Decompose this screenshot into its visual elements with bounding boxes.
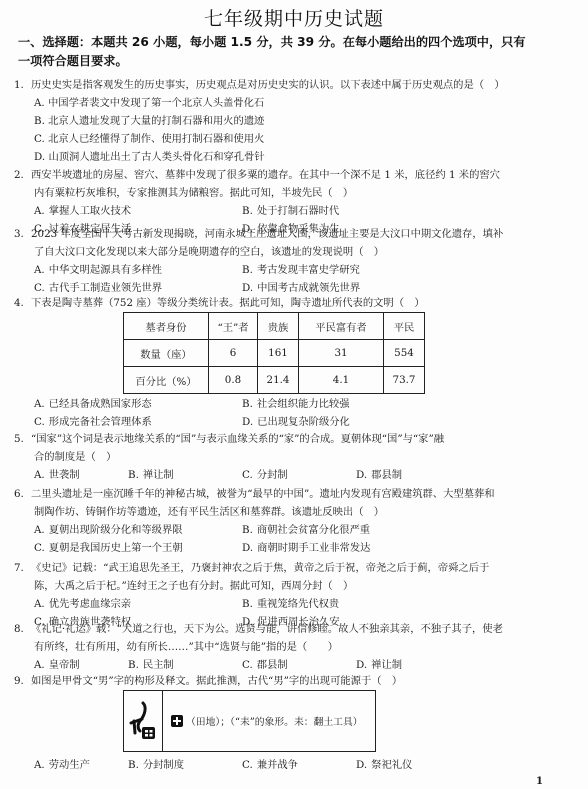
option-b: B.商朝社会贫富分化很严重 bbox=[242, 521, 370, 539]
options-row: A.掌握人工取火技术 B.处于打制石器时代 bbox=[14, 202, 574, 220]
table-header-cell: 贵族 bbox=[258, 313, 299, 340]
question-stem: 7.《史记》记载：“武王追思先圣王，乃褒封神农之后于焦，黄帝之后于祝，帝尧之后于… bbox=[14, 559, 574, 577]
table-cell: 73.7 bbox=[384, 367, 425, 394]
option-b: B.社会组织能力比较强 bbox=[242, 395, 350, 413]
option-a: A. 中国学者裴文中发现了第一个北京人头盖骨化石 bbox=[14, 94, 574, 112]
question-stem: 9.如图是甲骨文“男”字的构形及释文。据此推测，古代“男”字的出现可能源于（ ） bbox=[14, 672, 574, 690]
question-stem: 4.下表是陶寺墓葬（752 座）等级分类统计表。据此可知，陶寺遗址所代表的文明（… bbox=[14, 294, 574, 312]
question-4-options: A.已经具备成熟国家形态 B.社会组织能力比较强 C.形成完备社会管理体系 D.… bbox=[14, 395, 574, 431]
exam-title: 七年级期中历史试题 bbox=[0, 4, 588, 31]
table-cell: 0.8 bbox=[209, 367, 258, 394]
option-b: B.考古发现丰富史学研究 bbox=[242, 261, 360, 279]
option-d: D.已出现复杂阶级分化 bbox=[242, 413, 350, 431]
option-a: A.优先考虑血缘宗亲 bbox=[34, 595, 131, 613]
question-stem: 3.2023 年度全国十大考古新发现揭晓，河南永城王庄遗址入围，该遗址主要是大汶… bbox=[14, 225, 574, 243]
options-row: A.劳动生产 B.分封制度 C.兼并战争 D.祭祀礼仪 bbox=[14, 756, 574, 774]
question-stem-cont: 制陶作坊、铸铜作坊等遗迹，还有平民生活区和墓葬群。该遗址反映出（ ） bbox=[14, 503, 574, 521]
option-c: C. 北京人已经懂得了制作、使用打制石器和使用火 bbox=[14, 130, 574, 148]
question-stem: 5.“国家”这个词是表示地缘关系的“国”与表示血缘关系的“家”的合成。夏朝体现“… bbox=[14, 430, 574, 448]
options-row: A.世袭制 B.禅让制 C.分封制 D.郡县制 bbox=[14, 466, 574, 484]
options-row: A.优先考虑血缘宗亲 B.重视笼络先代权贵 bbox=[14, 595, 574, 613]
table-cell: 百分比（%） bbox=[124, 367, 209, 394]
oracle-bone-nan-icon bbox=[124, 691, 163, 751]
option-b: B. 北京人遗址发现了大量的打制石器和用火的遗迹 bbox=[14, 112, 574, 130]
question-stem: 1.历史史实是指客观发生的历史事实，历史观点是对历史史实的认识。以下表述中属于历… bbox=[14, 76, 574, 94]
table-cell: 161 bbox=[258, 340, 299, 367]
table-header-cell: “王”者 bbox=[209, 313, 258, 340]
question-stem-cont: 合的制度是（ ） bbox=[14, 448, 574, 466]
question-stem-cont: 有所终，壮有所用，幼有所长……”其中“选贤与能”指的是（ ） bbox=[14, 638, 574, 656]
question-stem-cont: 内有粟粒朽灰堆积，专家推测其为储粮窖。据此可知，半坡先民（ ） bbox=[14, 184, 574, 202]
table-cell: 21.4 bbox=[258, 367, 299, 394]
grave-statistics-table: 墓者身份 “王”者 贵族 平民富有者 平民 数量（座） 6 161 31 554… bbox=[123, 312, 425, 394]
options-row: C.夏朝是我国历史上第一个王朝 D.商朝时期手工业非常发达 bbox=[14, 539, 574, 557]
options-row: A.已经具备成熟国家形态 B.社会组织能力比较强 bbox=[14, 395, 574, 413]
option-c: C.夏朝是我国历史上第一个王朝 bbox=[34, 539, 183, 557]
table-cell: 4.1 bbox=[299, 367, 384, 394]
section-heading: 一、选择题：本题共 26 小题，每小题 1.5 分，共 39 分。在每小题给出的… bbox=[18, 33, 578, 71]
table-row: 数量（座） 6 161 31 554 bbox=[124, 340, 425, 367]
option-c: C.形成完备社会管理体系 bbox=[34, 413, 152, 431]
table-header-cell: 墓者身份 bbox=[124, 313, 209, 340]
table-cell: 数量（座） bbox=[124, 340, 209, 367]
option-c: C.分封制 bbox=[242, 466, 288, 484]
question-1: 1.历史史实是指客观发生的历史事实，历史观点是对历史史实的认识。以下表述中属于历… bbox=[14, 76, 574, 166]
option-d: D. 山顶洞人遗址出土了古人类头骨化石和穿孔骨针 bbox=[14, 148, 574, 166]
table-cell: 31 bbox=[299, 340, 384, 367]
option-b: B.禅让制 bbox=[128, 466, 174, 484]
figure-explanation-text: （田地）；（“耒”的象形。耒：翻土工具） bbox=[186, 714, 363, 728]
question-8: 8.《礼记·礼运》载：“大道之行也，天下为公。选贤与能，讲信修睦。故人不独亲其亲… bbox=[14, 620, 574, 674]
question-6: 6.二里头遗址是一座沉睡千年的神秘古城，被誉为“最早的中国”。遗址内发现有宫殿建… bbox=[14, 485, 574, 557]
table-header-row: 墓者身份 “王”者 贵族 平民富有者 平民 bbox=[124, 313, 425, 340]
exam-page: 七年级期中历史试题 一、选择题：本题共 26 小题，每小题 1.5 分，共 39… bbox=[0, 0, 588, 789]
option-a: A.夏朝出现阶级分化和等级界限 bbox=[34, 521, 183, 539]
option-d: D.商朝时期手工业非常发达 bbox=[242, 539, 370, 557]
section-instruction-line-2: 一项符合题目要求。 bbox=[18, 52, 578, 71]
option-d: D.祭祀礼仪 bbox=[356, 756, 412, 774]
option-b: B.分封制度 bbox=[128, 756, 184, 774]
option-b: B.重视笼络先代权贵 bbox=[242, 595, 339, 613]
table-header-cell: 平民富有者 bbox=[299, 313, 384, 340]
table-cell: 6 bbox=[209, 340, 258, 367]
question-5: 5.“国家”这个词是表示地缘关系的“国”与表示血缘关系的“家”的合成。夏朝体现“… bbox=[14, 430, 574, 484]
options-row: A.中华文明起源具有多样性 B.考古发现丰富史学研究 bbox=[14, 261, 574, 279]
option-a: A.已经具备成熟国家形态 bbox=[34, 395, 152, 413]
question-stem-cont: 了自大汶口文化发现以来大部分是晚期遗存的空白，该遗址的发现说明（ ） bbox=[14, 243, 574, 261]
figure-explanation: （田地）；（“耒”的象形。耒：翻土工具） bbox=[163, 691, 375, 751]
question-4: 4.下表是陶寺墓葬（752 座）等级分类统计表。据此可知，陶寺遗址所代表的文明（… bbox=[14, 294, 574, 312]
options-row: A.夏朝出现阶级分化和等级界限 B.商朝社会贫富分化很严重 bbox=[14, 521, 574, 539]
options-row: C.形成完备社会管理体系 D.已出现复杂阶级分化 bbox=[14, 413, 574, 431]
table-header-cell: 平民 bbox=[384, 313, 425, 340]
option-d: D.郡县制 bbox=[356, 466, 402, 484]
option-c: C.兼并战争 bbox=[242, 756, 298, 774]
option-a: A.中华文明起源具有多样性 bbox=[34, 261, 162, 279]
oracle-bone-figure: （田地）；（“耒”的象形。耒：翻土工具） bbox=[123, 690, 376, 752]
oracle-bone-field-icon bbox=[171, 715, 183, 727]
question-stem: 6.二里头遗址是一座沉睡千年的神秘古城，被誉为“最早的中国”。遗址内发现有宫殿建… bbox=[14, 485, 574, 503]
option-b: B.处于打制石器时代 bbox=[242, 202, 339, 220]
option-a: A.掌握人工取火技术 bbox=[34, 202, 131, 220]
question-stem: 8.《礼记·礼运》载：“大道之行也，天下为公。选贤与能，讲信修睦。故人不独亲其亲… bbox=[14, 620, 574, 638]
option-a: A.劳动生产 bbox=[34, 756, 90, 774]
option-a: A.世袭制 bbox=[34, 466, 80, 484]
question-stem-cont: 陈，大禹之后于杞。”连纣王之子也有分封。据此可知，西周分封（ ） bbox=[14, 577, 574, 595]
page-number: 1 bbox=[536, 776, 543, 787]
question-stem: 2.西安半坡遗址的房屋、窖穴、墓葬中发现了很多粟的遗存。在其中一个深不足 1 米… bbox=[14, 166, 574, 184]
question-3: 3.2023 年度全国十大考古新发现揭晓，河南永城王庄遗址入围，该遗址主要是大汶… bbox=[14, 225, 574, 297]
question-9-options: A.劳动生产 B.分封制度 C.兼并战争 D.祭祀礼仪 bbox=[14, 756, 574, 774]
table-row: 百分比（%） 0.8 21.4 4.1 73.7 bbox=[124, 367, 425, 394]
section-instruction-line-1: 一、选择题：本题共 26 小题，每小题 1.5 分，共 39 分。在每小题给出的… bbox=[18, 33, 578, 52]
table-cell: 554 bbox=[384, 340, 425, 367]
question-9: 9.如图是甲骨文“男”字的构形及释文。据此推测，古代“男”字的出现可能源于（ ） bbox=[14, 672, 574, 690]
